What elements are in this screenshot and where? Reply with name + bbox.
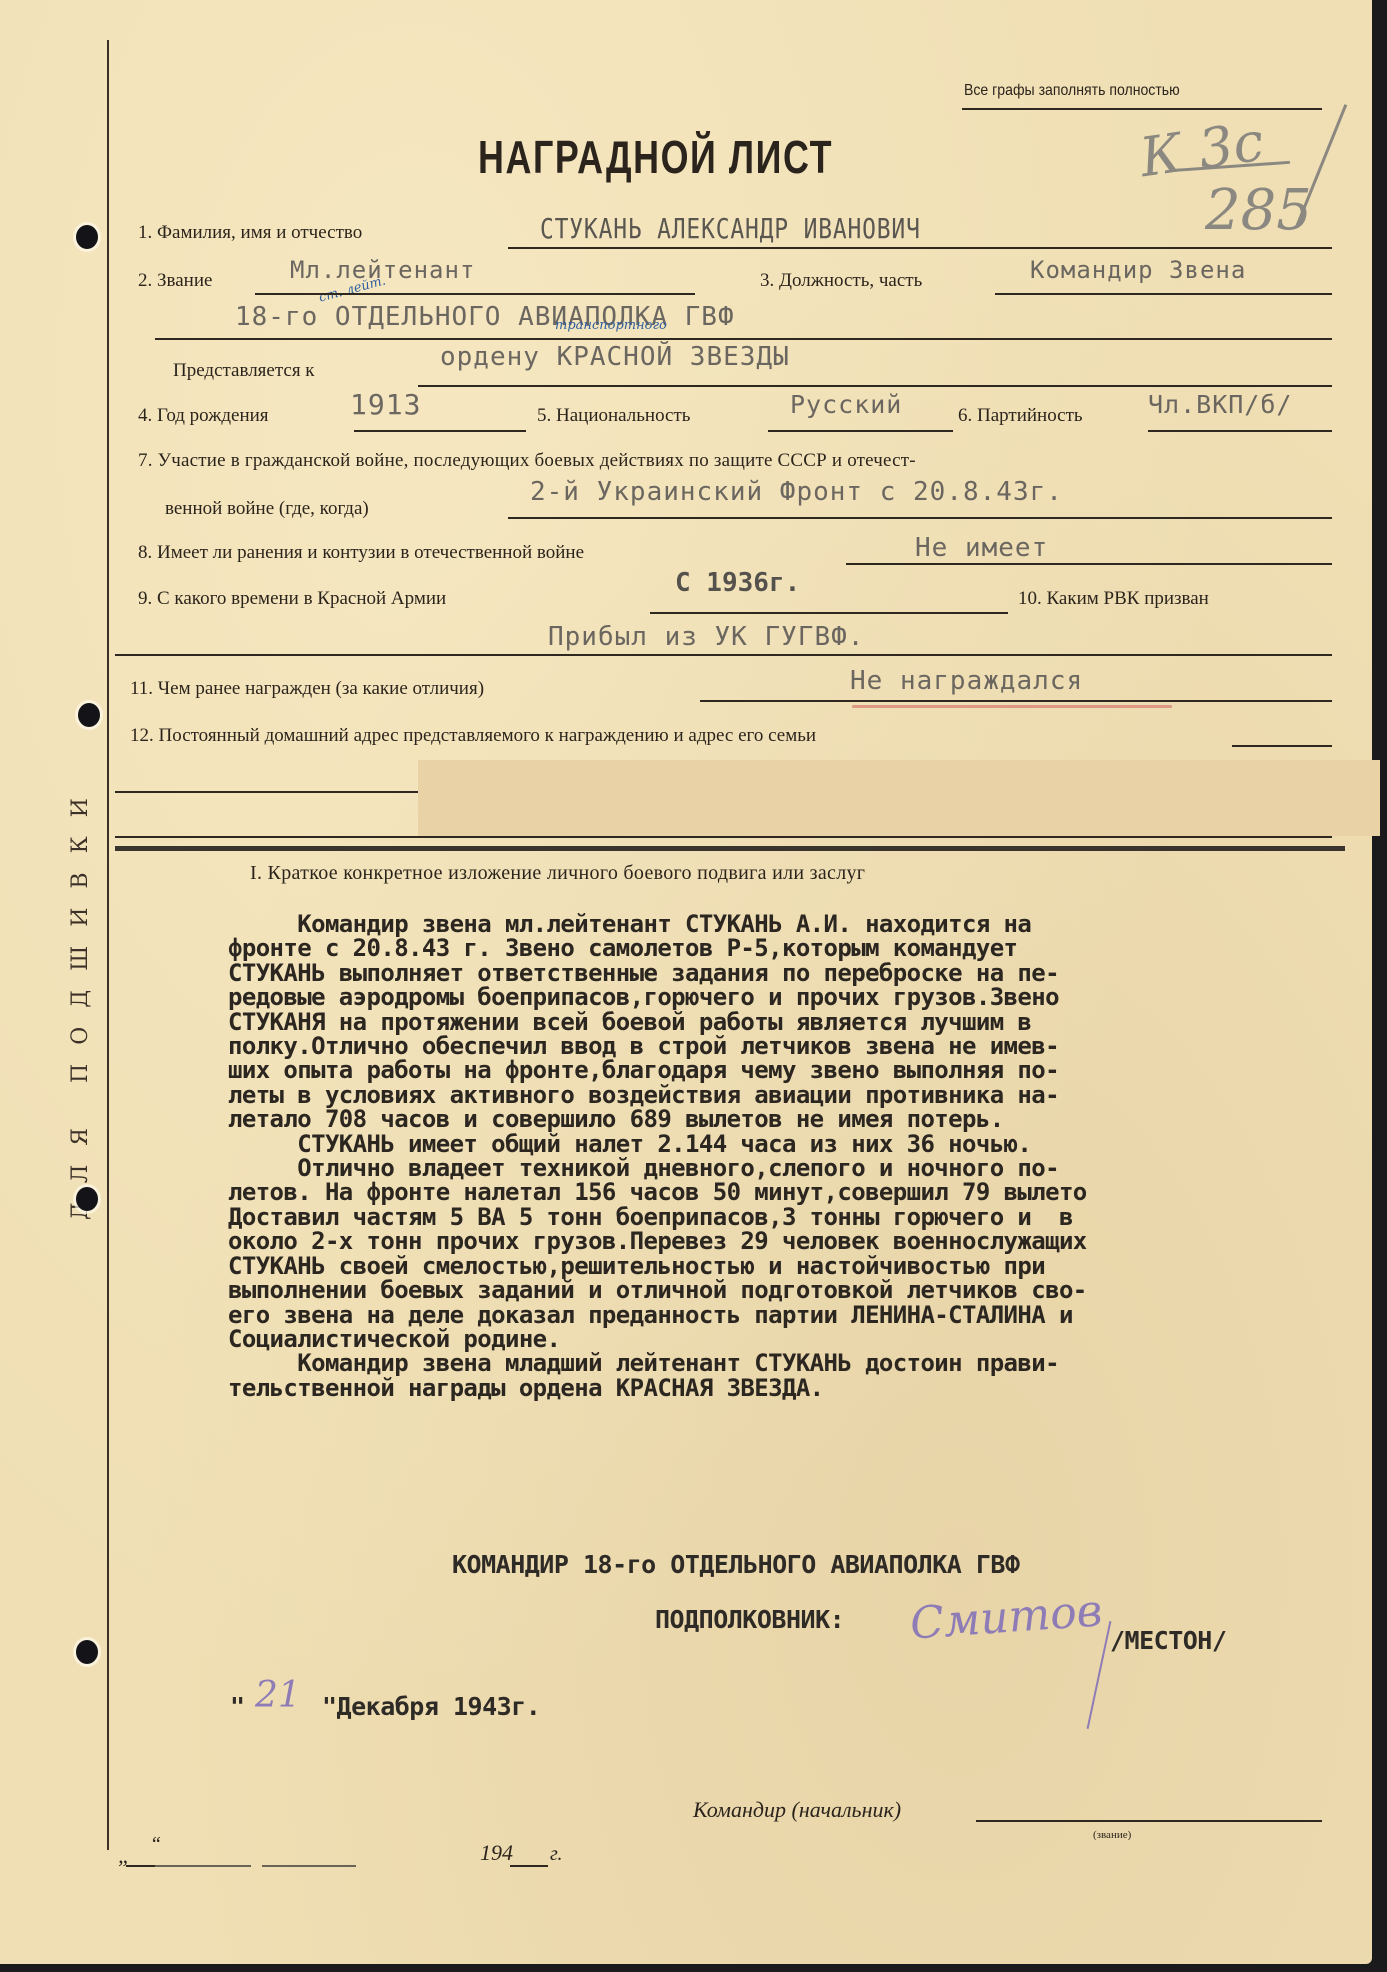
footer-rank-caption: (звание) bbox=[1093, 1829, 1131, 1841]
narrative-line: леты в условиях активного воздействия ав… bbox=[228, 1083, 1378, 1107]
field-3-underline bbox=[995, 293, 1332, 295]
punch-hole-icon bbox=[78, 703, 100, 727]
fill-all-notice: Все графы заполнять полностью bbox=[964, 82, 1180, 100]
field-8-label: 8. Имеет ли ранения и контузии в отечест… bbox=[138, 542, 584, 564]
section-divider bbox=[115, 846, 1345, 851]
field-7-label-line1: 7. Участие в гражданской войне, последую… bbox=[138, 450, 916, 472]
redacted-address-block bbox=[418, 760, 1380, 836]
date-open-quote: " bbox=[230, 1692, 245, 1721]
field-11-label: 11. Чем ранее награжден (за какие отличи… bbox=[130, 678, 484, 700]
award-label: Представляется к bbox=[173, 360, 315, 382]
field-11-previous-awards: Не награждался bbox=[850, 666, 1083, 696]
field-8-wounds: Не имеет bbox=[915, 533, 1048, 563]
binding-margin-label: ДЛЯ ПОДШИВКИ bbox=[68, 640, 108, 1220]
narrative-line: фронте с 20.8.43 г. Звено самолетов Р-5,… bbox=[228, 936, 1378, 960]
narrative-line: летало 708 часов и совершило 689 вылетов… bbox=[228, 1107, 1378, 1131]
field-10-conscription: Прибыл из УК ГУГВФ. bbox=[548, 622, 864, 652]
punch-hole-icon bbox=[76, 1187, 98, 1211]
field-7-label-line2: венной войне (где, когда) bbox=[165, 498, 369, 520]
field-1-underline bbox=[508, 247, 1332, 249]
field-3-label: 3. Должность, часть bbox=[760, 270, 922, 292]
narrative-line: СТУКАНЬ своей смелостью,решительностью и… bbox=[228, 1254, 1378, 1278]
field-2-underline bbox=[255, 293, 695, 295]
footer-commander-label: Командир (начальник) bbox=[693, 1797, 901, 1823]
field-3-annotation: транспортного bbox=[555, 318, 667, 333]
narrative-line: СТУКАНЬ выполняет ответственные задания … bbox=[228, 961, 1378, 985]
narrative-line: выполнении боевых заданий и отличной под… bbox=[228, 1278, 1378, 1302]
narrative-line: Командир звена младший лейтенант СТУКАНЬ… bbox=[228, 1351, 1378, 1375]
field-3-position: Командир Звена bbox=[1030, 256, 1246, 284]
field-5-underline bbox=[768, 430, 953, 432]
merit-narrative: Командир звена мл.лейтенант СТУКАНЬ А.И.… bbox=[228, 912, 1378, 1400]
field-8-underline bbox=[846, 563, 1332, 565]
date-month-year: "Декабря 1943г. bbox=[322, 1692, 540, 1721]
field-11-underline bbox=[700, 700, 1332, 702]
narrative-line: Доставил частям 5 ВА 5 тонн боеприпасов,… bbox=[228, 1205, 1378, 1229]
narrative-line: тельственной награды ордена КРАСНАЯ ЗВЕЗ… bbox=[228, 1376, 1378, 1400]
field-9-underline bbox=[650, 612, 1008, 614]
narrative-line: летов. На фронте налетал 156 часов 50 ми… bbox=[228, 1180, 1378, 1204]
field-1-full-name: СТУКАНЬ АЛЕКСАНДР ИВАНОВИЧ bbox=[540, 212, 921, 245]
narrative-line: его звена на деле доказал преданность па… bbox=[228, 1303, 1378, 1327]
field-12-underline bbox=[1232, 745, 1332, 747]
document-title: НАГРАДНОЙ ЛИСТ bbox=[478, 130, 833, 184]
award-sheet-page: ДЛЯ ПОДШИВКИ Все графы заполнять полност… bbox=[0, 0, 1372, 1964]
narrative-line: Социалистической родине. bbox=[228, 1327, 1378, 1351]
red-pencil-underline bbox=[852, 705, 1172, 708]
address-line-2 bbox=[115, 836, 1332, 838]
narrative-line: около 2-х тонн прочих грузов.Перевез 29 … bbox=[228, 1229, 1378, 1253]
field-7-front: 2-й Украинский Фронт с 20.8.43г. bbox=[530, 477, 1063, 507]
field-1-label: 1. Фамилия, имя и отчество bbox=[138, 222, 362, 244]
commander-signature: Смитов bbox=[908, 1585, 1103, 1649]
award-underline bbox=[418, 385, 1332, 387]
section-1-heading: I. Краткое конкретное изложение личного … bbox=[250, 862, 865, 885]
footer-rank-line bbox=[976, 1820, 1322, 1822]
field-6-party: Чл.ВКП/б/ bbox=[1148, 390, 1292, 419]
commander-name: /МЕСТОН/ bbox=[1110, 1626, 1226, 1655]
narrative-line: полку.Отлично обеспечил ввод в строй лет… bbox=[228, 1034, 1378, 1058]
footer-month-line-2 bbox=[262, 1865, 356, 1867]
signature-flourish bbox=[1087, 1621, 1112, 1729]
narrative-line: редовые аэродромы боеприпасов,горючего и… bbox=[228, 985, 1378, 1009]
field-5-nationality: Русский bbox=[790, 390, 902, 419]
commander-title: КОМАНДИР 18-го ОТДЕЛЬНОГО АВИАПОЛКА ГВФ bbox=[452, 1550, 1020, 1579]
address-line-1 bbox=[115, 791, 420, 793]
field-6-underline bbox=[1148, 430, 1332, 432]
field-4-birth-year: 1913 bbox=[350, 388, 421, 421]
footer-month-line bbox=[155, 1865, 251, 1867]
field-9-label: 9. С какого времени в Красной Армии bbox=[138, 588, 446, 610]
commander-rank: ПОДПОЛКОВНИК: bbox=[655, 1605, 844, 1634]
footer-year-line bbox=[510, 1865, 548, 1867]
archive-mark-stroke bbox=[1296, 104, 1347, 226]
narrative-line: СТУКАНЬ имеет общий налет 2.144 часа из … bbox=[228, 1132, 1378, 1156]
field-5-label: 5. Национальность bbox=[537, 405, 690, 427]
narrative-line: Командир звена мл.лейтенант СТУКАНЬ А.И.… bbox=[228, 912, 1378, 936]
narrative-line: ших опыта работы на фронте,благодаря чем… bbox=[228, 1058, 1378, 1082]
field-4-underline bbox=[354, 430, 526, 432]
field-2-label: 2. Звание bbox=[138, 270, 212, 292]
footer-date-close-quote: “ bbox=[150, 1833, 161, 1856]
award-value: ордену КРАСНОЙ ЗВЕЗДЫ bbox=[440, 342, 790, 372]
footer-year-suffix: г. bbox=[550, 1843, 563, 1866]
narrative-line: Отлично владеет техникой дневного,слепог… bbox=[228, 1156, 1378, 1180]
archive-mark-bottom: 285 bbox=[1205, 178, 1312, 243]
notice-underline bbox=[962, 108, 1322, 110]
date-day: 21 bbox=[255, 1675, 301, 1716]
field-10-underline bbox=[115, 654, 1332, 656]
narrative-line: СТУКАНЯ на протяжении всей боевой работы… bbox=[228, 1010, 1378, 1034]
field-12-label: 12. Постоянный домашний адрес представля… bbox=[130, 725, 816, 747]
field-10-label: 10. Каким РВК призван bbox=[1018, 588, 1209, 610]
punch-hole-icon bbox=[76, 1640, 98, 1664]
field-6-label: 6. Партийность bbox=[958, 405, 1083, 427]
field-4-label: 4. Год рождения bbox=[138, 405, 269, 427]
field-9-since: С 1936г. bbox=[675, 568, 800, 598]
punch-hole-icon bbox=[76, 225, 98, 249]
footer-year-prefix: 194 bbox=[480, 1840, 513, 1866]
field-7-underline bbox=[508, 517, 1332, 519]
field-3-cont-underline bbox=[155, 338, 1332, 340]
